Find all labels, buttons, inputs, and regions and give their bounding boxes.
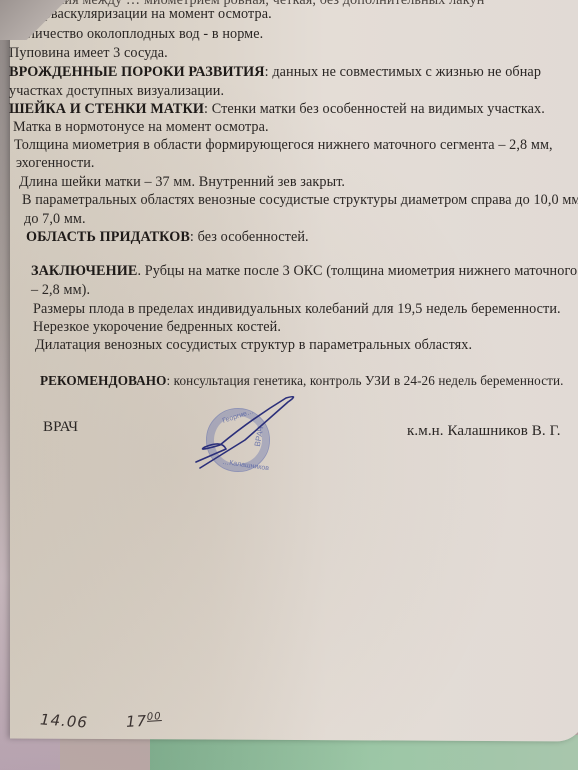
handwritten-hours: 17 [126,712,148,731]
handwritten-minutes: 00 [147,711,162,723]
handwritten-date: 14.06 [39,710,88,731]
handwritten-time: 1700 [126,711,163,731]
signature-scribble [0,0,578,770]
